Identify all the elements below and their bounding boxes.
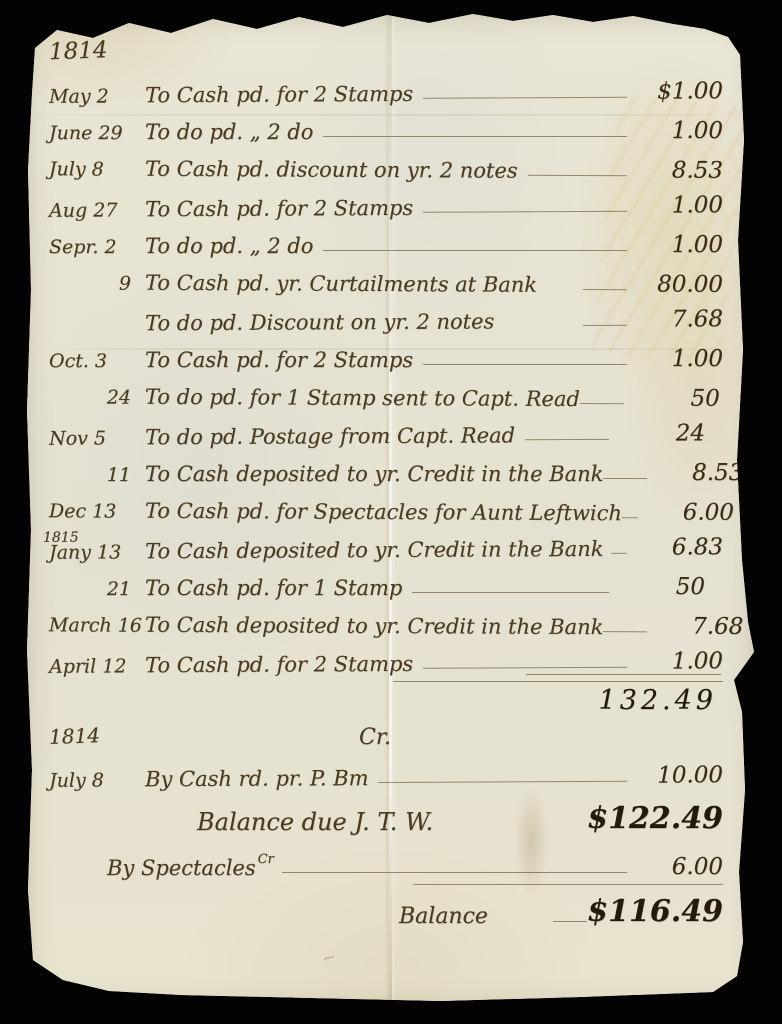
- entry-rule-line: [622, 517, 638, 518]
- entry-rule-line: [583, 325, 627, 326]
- ledger-entry: April 12 To Cash pd. for 2 Stamps 1.00: [49, 636, 723, 678]
- balance-due-row: Balance due J. T. W. $122.49: [197, 790, 723, 836]
- entry-description: To Cash deposited to yr. Credit in the B…: [145, 462, 603, 486]
- entry-date-text: Dec 13: [49, 500, 116, 522]
- total-rule-lower: [393, 681, 723, 684]
- credit-section-header: 1814 Cr.: [49, 716, 723, 752]
- entry-amount: 1.00: [627, 232, 723, 258]
- entry-date: March 16: [49, 614, 145, 637]
- ledger-entry: Nov 5 To do pd. Postage from Capt. Read …: [49, 408, 723, 450]
- ledger-entry: May 2 To Cash pd. for 2 Stamps $1.00: [49, 66, 723, 108]
- credit-heading: Cr.: [359, 725, 391, 750]
- entry-date-text: July 8: [49, 158, 104, 180]
- entry-amount: 50: [609, 574, 723, 600]
- entry-rule-line: [611, 553, 627, 554]
- entry-date-text: 21: [107, 578, 131, 600]
- entry-date: July 8: [49, 769, 145, 792]
- entry-description: To Cash pd. for Spectacles for Aunt Left…: [145, 499, 622, 525]
- entry-date: Sepr. 2: [49, 236, 145, 258]
- entry-rule-line: [423, 667, 627, 669]
- entry-description: To Cash pd. for 1 Stamp: [145, 576, 402, 600]
- entry-rule-line: [525, 439, 609, 440]
- ledger-entry: 24 To do pd. for 1 Stamp sent to Capt. R…: [49, 370, 723, 412]
- ledger-entry: 1815 Jany 13 To Cash deposited to yr. Cr…: [49, 522, 723, 564]
- ledger-entry: July 8 To Cash pd. discount on yr. 2 not…: [49, 142, 723, 184]
- entry-rule-line: [583, 289, 627, 290]
- spectacles-label-text: By Spectacles: [107, 856, 256, 880]
- entry-amount: 24: [609, 420, 723, 447]
- ledger-content: 1814 May 2 To Cash pd. for 2 Stamps $1.0…: [49, 38, 723, 986]
- entry-amount: 10.00: [627, 762, 723, 789]
- entry-amount: $1.00: [627, 78, 723, 105]
- entry-description: To Cash deposited to yr. Credit in the B…: [145, 537, 604, 563]
- year-heading: 1814: [48, 37, 119, 69]
- entry-date-text: June 29: [49, 122, 123, 144]
- entry-description: To do pd. Postage from Capt. Read: [145, 423, 515, 449]
- debit-total-amount: 132.49: [49, 685, 723, 716]
- entry-description: To do pd. for 1 Stamp sent to Capt. Read: [145, 385, 580, 411]
- entry-rule-line: [423, 97, 627, 99]
- entry-rule-line: [323, 136, 627, 137]
- entry-date: 9: [49, 272, 145, 295]
- entry-rule-line: [323, 250, 627, 251]
- entry-year-note: 1815: [43, 530, 79, 546]
- entry-date-text: Aug 27: [49, 199, 117, 221]
- balance-due-label: Balance due J. T. W.: [197, 808, 433, 836]
- credit-entries: July 8 By Cash rd. pr. P. Bm 10.00: [49, 752, 723, 790]
- ledger-entry: June 29 To do pd. „ 2 do 1.00: [49, 106, 723, 144]
- entry-date: June 29: [49, 122, 145, 144]
- spectacles-credit-row: By SpectaclesCr 6.00: [107, 836, 723, 880]
- ledger-entry: Dec 13 To Cash pd. for Spectacles for Au…: [49, 484, 723, 526]
- entry-rule-line: [423, 211, 627, 213]
- entry-description: To Cash pd. for 2 Stamps: [145, 348, 413, 372]
- ledger-entry: To do pd. Discount on yr. 2 notes 7.68: [49, 294, 723, 336]
- final-balance-row: Balance $116.49: [399, 885, 723, 929]
- entry-date: Aug 27: [49, 199, 145, 222]
- entry-date-text: 9: [119, 273, 131, 295]
- entry-description: To Cash pd. for 2 Stamps: [145, 196, 413, 221]
- entry-date: Nov 5: [49, 427, 145, 450]
- entry-date-text: May 2: [49, 85, 109, 107]
- entry-date: Dec 13: [49, 500, 145, 523]
- spectacles-rule-line: [282, 872, 627, 873]
- entry-amount: 1.00: [627, 346, 723, 372]
- entry-date: Oct. 3: [49, 350, 145, 372]
- entry-date-text: March 16: [49, 614, 142, 636]
- entry-date: 1815 Jany 13: [49, 541, 145, 564]
- entry-rule-line: [423, 364, 627, 365]
- ledger-entry: July 8 By Cash rd. pr. P. Bm 10.00: [49, 750, 723, 792]
- debit-total-block: 132.49: [49, 674, 723, 716]
- entry-description: By Cash rd. pr. P. Bm: [145, 766, 369, 791]
- entry-rule-line: [580, 403, 624, 404]
- photo-background: ~ 1814 May 2 To Cash pd. for 2 Stamps $1…: [0, 0, 782, 1024]
- final-balance-dash: [553, 921, 587, 922]
- final-balance-label: Balance: [399, 904, 488, 929]
- entry-rule-line: [379, 781, 628, 783]
- entry-description: To do pd. „ 2 do: [145, 234, 313, 258]
- entry-amount: 1.00: [627, 118, 723, 144]
- entry-description: To Cash pd. discount on yr. 2 notes: [145, 157, 518, 183]
- entry-date-text: April 12: [49, 655, 126, 677]
- entry-date-text: 11: [107, 464, 131, 486]
- spectacles-cr-note: Cr: [258, 852, 274, 867]
- entry-date: 21: [49, 578, 145, 600]
- final-balance-amount: $116.49: [587, 894, 723, 929]
- credit-year: 1814: [49, 723, 101, 749]
- entry-description: To do pd. „ 2 do: [145, 120, 313, 144]
- entry-amount: 6.83: [627, 534, 723, 561]
- entry-amount: 1.00: [627, 192, 723, 219]
- entry-amount: 8.53: [647, 460, 743, 486]
- balance-due-amount: $122.49: [587, 801, 723, 836]
- ledger-entry: 21 To Cash pd. for 1 Stamp 50: [49, 562, 723, 600]
- ledger-entry: Oct. 3 To Cash pd. for 2 Stamps 1.00: [49, 334, 723, 372]
- entry-date: April 12: [49, 655, 145, 678]
- ledger-entry: March 16 To Cash deposited to yr. Credit…: [49, 598, 723, 640]
- debit-entries: May 2 To Cash pd. for 2 Stamps $1.00 Jun…: [49, 68, 723, 676]
- entry-rule-line: [412, 592, 609, 593]
- entry-date: 24: [49, 386, 145, 409]
- ledger-entry: Aug 27 To Cash pd. for 2 Stamps 1.00: [49, 180, 723, 222]
- entry-description: To do pd. Discount on yr. 2 notes: [145, 309, 494, 335]
- entry-date-text: 24: [107, 387, 131, 409]
- entry-rule-line: [528, 175, 627, 177]
- spectacles-label: By SpectaclesCr: [107, 856, 272, 880]
- entry-description: To Cash deposited to yr. Credit in the B…: [145, 613, 604, 639]
- ledger-entry: Sepr. 2 To do pd. „ 2 do 1.00: [49, 220, 723, 258]
- entry-date-text: Oct. 3: [49, 350, 107, 372]
- ledger-entry: 9 To Cash pd. yr. Curtailments at Bank 8…: [49, 256, 723, 298]
- ledger-page: ~ 1814 May 2 To Cash pd. for 2 Stamps $1…: [21, 10, 761, 1012]
- entry-date: 11: [49, 464, 145, 486]
- entry-date-text: July 8: [49, 769, 104, 791]
- entry-rule-line: [603, 478, 647, 479]
- entry-description: To Cash pd. for 2 Stamps: [145, 652, 413, 677]
- entry-amount: 1.00: [627, 648, 723, 675]
- entry-amount: 7.68: [627, 306, 723, 333]
- entry-description: To Cash pd. for 2 Stamps: [145, 82, 413, 107]
- entry-date-text: Sepr. 2: [49, 236, 117, 258]
- spectacles-amount: 6.00: [627, 854, 723, 880]
- entry-date: July 8: [49, 158, 145, 181]
- ledger-entry: 11 To Cash deposited to yr. Credit in th…: [49, 448, 723, 486]
- entry-description: To Cash pd. yr. Curtailments at Bank: [145, 271, 537, 297]
- entry-rule-line: [603, 631, 647, 632]
- entry-date: May 2: [49, 85, 145, 108]
- entry-date-text: Nov 5: [49, 427, 106, 449]
